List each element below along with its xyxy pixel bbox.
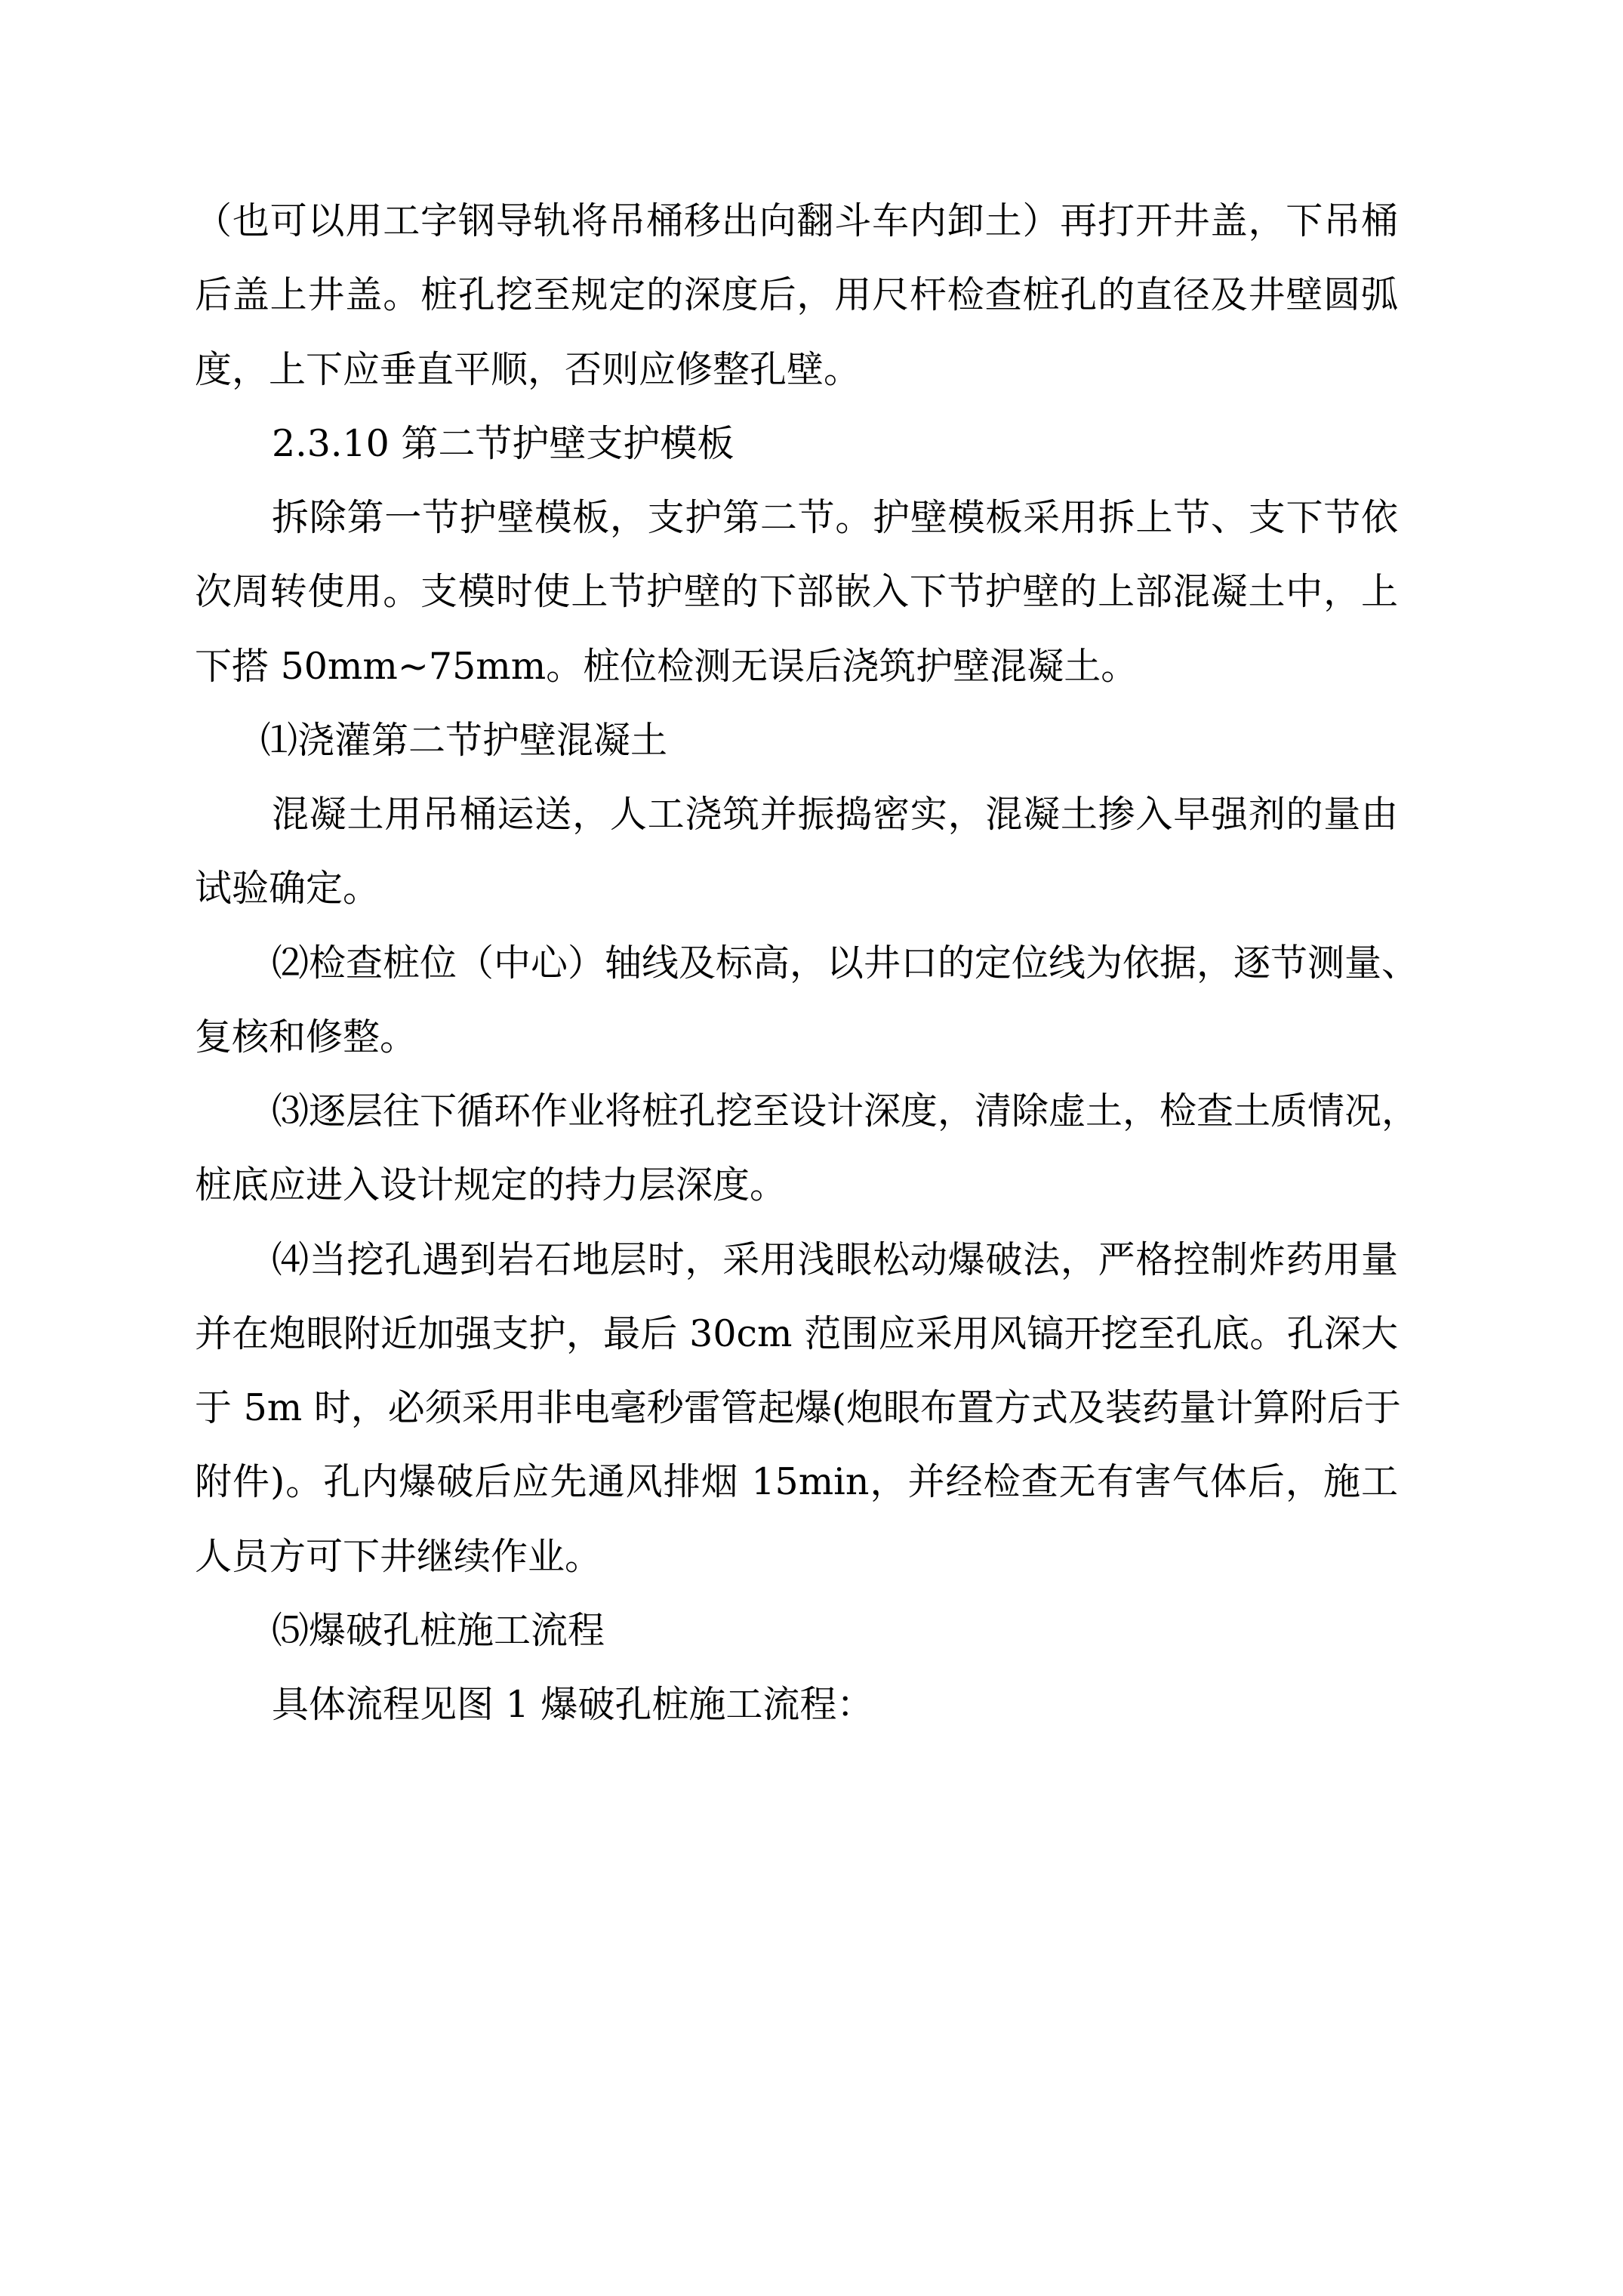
- item-title-text: ⑸爆破孔桩施工流程: [195, 1604, 1403, 1678]
- text-line: 附件)。孔内爆破后应先通风排烟 15min，并经检查无有害气体后，施工: [195, 1456, 1398, 1530]
- heading-text: 2.3.10 第二节护壁支护模板: [195, 418, 1403, 492]
- text-line: 人员方可下井继续作业。: [195, 1530, 1403, 1604]
- item-4: ⑷当挖孔遇到岩石地层时，采用浅眼松动爆破法，严格控制炸药用量 并在炮眼附近加强支…: [195, 1234, 1403, 1604]
- text-line: 后盖上井盖。桩孔挖至规定的深度后，用尺杆检查桩孔的直径及井壁圆弧: [195, 269, 1398, 343]
- section-heading-2-3-10: 2.3.10 第二节护壁支护模板: [195, 418, 1403, 492]
- text-line: 具体流程见图 1 爆破孔桩施工流程：: [195, 1678, 1403, 1752]
- paragraph-continued: （也可以用工字钢导轨将吊桶移出向翻斗车内卸土）再打开井盖，下吊桶 后盖上井盖。桩…: [195, 195, 1403, 418]
- text-line: 复核和修整。: [195, 1011, 1403, 1085]
- item-2: ⑵检查桩位（中心）轴线及标高，以井口的定位线为依据，逐节测量、 复核和修整。: [195, 937, 1403, 1086]
- paragraph-flow-reference: 具体流程见图 1 爆破孔桩施工流程：: [195, 1678, 1403, 1752]
- item-3: ⑶逐层往下循环作业将桩孔挖至设计深度，清除虚土，检查土质情况， 桩底应进入设计规…: [195, 1085, 1403, 1234]
- text-line: 混凝土用吊桶运送，人工浇筑并振捣密实，混凝土掺入早强剂的量由: [195, 788, 1398, 862]
- text-line: 次周转使用。支模时使上节护壁的下部嵌入下节护壁的上部混凝土中，上: [195, 566, 1398, 639]
- item-title-text: ⑴浇灌第二节护壁混凝土: [195, 714, 1403, 788]
- text-line: 拆除第一节护壁模板，支护第二节。护壁模板采用拆上节、支下节依: [195, 492, 1398, 566]
- paragraph-concrete: 混凝土用吊桶运送，人工浇筑并振捣密实，混凝土掺入早强剂的量由 试验确定。: [195, 788, 1403, 937]
- text-line: 于 5m 时，必须采用非电毫秒雷管起爆(炮眼布置方式及装药量计算附后于: [195, 1382, 1398, 1456]
- text-line: 并在炮眼附近加强支护，最后 30cm 范围应采用风镐开挖至孔底。孔深大: [195, 1308, 1398, 1382]
- text-line: ⑷当挖孔遇到岩石地层时，采用浅眼松动爆破法，严格控制炸药用量: [195, 1234, 1398, 1308]
- text-line: 下搭 50mm~75mm。桩位检测无误后浇筑护壁混凝土。: [195, 640, 1403, 714]
- text-line: ⑶逐层往下循环作业将桩孔挖至设计深度，清除虚土，检查土质情况，: [195, 1085, 1398, 1159]
- page-content: （也可以用工字钢导轨将吊桶移出向翻斗车内卸土）再打开井盖，下吊桶 后盖上井盖。桩…: [195, 195, 1403, 1752]
- text-line: 度，上下应垂直平顺，否则应修整孔壁。: [195, 344, 1403, 418]
- paragraph-remove-formwork: 拆除第一节护壁模板，支护第二节。护壁模板采用拆上节、支下节依 次周转使用。支模时…: [195, 492, 1403, 714]
- text-line: 桩底应进入设计规定的持力层深度。: [195, 1159, 1403, 1233]
- item-1-title: ⑴浇灌第二节护壁混凝土: [195, 714, 1403, 788]
- text-line: （也可以用工字钢导轨将吊桶移出向翻斗车内卸土）再打开井盖，下吊桶: [195, 195, 1398, 269]
- item-5-title: ⑸爆破孔桩施工流程: [195, 1604, 1403, 1678]
- document-page: （也可以用工字钢导轨将吊桶移出向翻斗车内卸土）再打开井盖，下吊桶 后盖上井盖。桩…: [0, 0, 1623, 2296]
- text-line: 试验确定。: [195, 862, 1403, 936]
- text-line: ⑵检查桩位（中心）轴线及标高，以井口的定位线为依据，逐节测量、: [195, 937, 1398, 1011]
